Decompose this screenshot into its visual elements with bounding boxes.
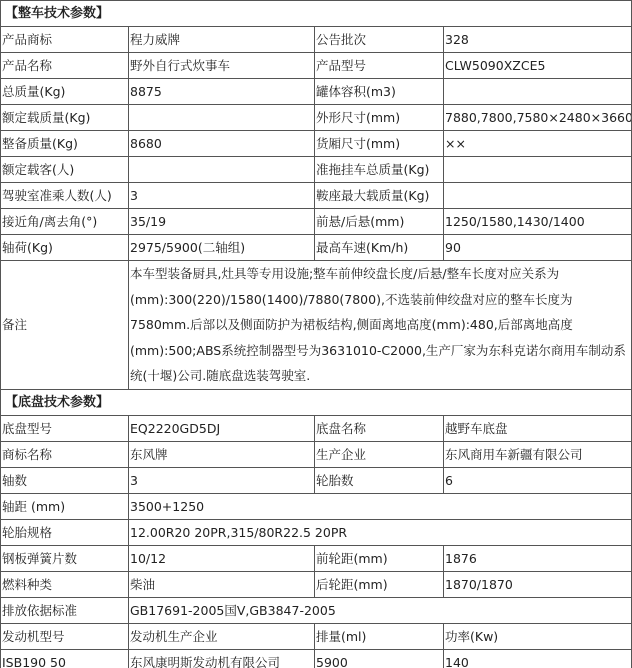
label-cell: 轴距 (mm) xyxy=(1,493,129,519)
value-cell: 东风牌 xyxy=(129,441,315,467)
engine-model: ISB190 50 xyxy=(1,649,129,668)
value-cell: 程力威牌 xyxy=(129,27,315,53)
value-cell: 7880,7800,7580×2480×3660 xyxy=(444,105,632,131)
engine-header-row: 发动机型号 发动机生产企业 排量(ml) 功率(Kw) xyxy=(1,623,632,649)
table-row: 驾驶室准乘人数(人) 3 鞍座最大载质量(Kg) xyxy=(1,183,632,209)
label-cell: 产品商标 xyxy=(1,27,129,53)
value-cell: 越野车底盘 xyxy=(444,415,632,441)
section-title: 【底盘技术参数】 xyxy=(1,389,632,415)
value-cell: 东风商用车新疆有限公司 xyxy=(444,441,632,467)
value-cell xyxy=(444,157,632,183)
table-row: 产品商标 程力威牌 公告批次 328 xyxy=(1,27,632,53)
remark-text: 本车型装备厨具,灶具等专用设施;整车前伸绞盘长度/后悬/整车长度对应关系为(mm… xyxy=(129,261,632,390)
remark-row: 备注 本车型装备厨具,灶具等专用设施;整车前伸绞盘长度/后悬/整车长度对应关系为… xyxy=(1,261,632,390)
value-cell: 328 xyxy=(444,27,632,53)
value-cell xyxy=(444,79,632,105)
label-cell: 前轮距(mm) xyxy=(315,545,444,571)
value-cell xyxy=(129,157,315,183)
table-row: 商标名称 东风牌 生产企业 东风商用车新疆有限公司 xyxy=(1,441,632,467)
label-cell: 轮胎规格 xyxy=(1,519,129,545)
value-cell: CLW5090XZCE5 xyxy=(444,53,632,79)
table-row: 整备质量(Kg) 8680 货厢尺寸(mm) ×× xyxy=(1,131,632,157)
table-row: 底盘型号 EQ2220GD5DJ 底盘名称 越野车底盘 xyxy=(1,415,632,441)
value-cell: EQ2220GD5DJ xyxy=(129,415,315,441)
value-cell: 柴油 xyxy=(129,571,315,597)
label-cell: 钢板弹簧片数 xyxy=(1,545,129,571)
label-cell: 燃料种类 xyxy=(1,571,129,597)
label-cell: 驾驶室准乘人数(人) xyxy=(1,183,129,209)
label-cell: 准拖挂车总质量(Kg) xyxy=(315,157,444,183)
value-cell: 90 xyxy=(444,235,632,261)
label-cell: 商标名称 xyxy=(1,441,129,467)
value-cell xyxy=(129,105,315,131)
section-header-chassis: 【底盘技术参数】 xyxy=(1,389,632,415)
label-cell: 货厢尺寸(mm) xyxy=(315,131,444,157)
value-cell: 2975/5900(二轴组) xyxy=(129,235,315,261)
label-cell: 底盘型号 xyxy=(1,415,129,441)
label-cell: 接近角/离去角(°) xyxy=(1,209,129,235)
label-cell: 轴数 xyxy=(1,467,129,493)
value-cell: 8680 xyxy=(129,131,315,157)
label-cell: 产品名称 xyxy=(1,53,129,79)
value-cell: 3500+1250 xyxy=(129,493,632,519)
value-cell: 野外自行式炊事车 xyxy=(129,53,315,79)
engine-maker-header: 发动机生产企业 xyxy=(129,623,315,649)
label-cell: 排放依据标准 xyxy=(1,597,129,623)
table-row-wheelbase: 轴距 (mm) 3500+1250 xyxy=(1,493,632,519)
label-cell: 额定载客(人) xyxy=(1,157,129,183)
value-cell: 6 xyxy=(444,467,632,493)
power-header: 功率(Kw) xyxy=(444,623,632,649)
label-cell: 最高车速(Km/h) xyxy=(315,235,444,261)
value-cell: 1870/1870 xyxy=(444,571,632,597)
label-cell: 产品型号 xyxy=(315,53,444,79)
label-cell: 鞍座最大载质量(Kg) xyxy=(315,183,444,209)
label-cell: 前悬/后悬(mm) xyxy=(315,209,444,235)
value-cell: 1876 xyxy=(444,545,632,571)
engine-row: ISB190 50 东风康明斯发动机有限公司 5900 140 xyxy=(1,649,632,668)
table-row: 轴荷(Kg) 2975/5900(二轴组) 最高车速(Km/h) 90 xyxy=(1,235,632,261)
remark-label: 备注 xyxy=(1,261,129,390)
value-cell: 1250/1580,1430/1400 xyxy=(444,209,632,235)
value-cell: 3 xyxy=(129,467,315,493)
engine-maker: 东风康明斯发动机有限公司 xyxy=(129,649,315,668)
value-cell: ×× xyxy=(444,131,632,157)
label-cell: 底盘名称 xyxy=(315,415,444,441)
table-row: 燃料种类 柴油 后轮距(mm) 1870/1870 xyxy=(1,571,632,597)
displacement-header: 排量(ml) xyxy=(315,623,444,649)
label-cell: 额定载质量(Kg) xyxy=(1,105,129,131)
label-cell: 轮胎数 xyxy=(315,467,444,493)
table-row: 接近角/离去角(°) 35/19 前悬/后悬(mm) 1250/1580,143… xyxy=(1,209,632,235)
table-row-tire: 轮胎规格 12.00R20 20PR,315/80R22.5 20PR xyxy=(1,519,632,545)
label-cell: 后轮距(mm) xyxy=(315,571,444,597)
value-cell: 3 xyxy=(129,183,315,209)
label-cell: 罐体容积(m3) xyxy=(315,79,444,105)
section-title: 【整车技术参数】 xyxy=(1,1,632,27)
label-cell: 生产企业 xyxy=(315,441,444,467)
label-cell: 总质量(Kg) xyxy=(1,79,129,105)
value-cell: 10/12 xyxy=(129,545,315,571)
label-cell: 外形尺寸(mm) xyxy=(315,105,444,131)
section-header-vehicle: 【整车技术参数】 xyxy=(1,1,632,27)
label-cell: 整备质量(Kg) xyxy=(1,131,129,157)
value-cell: GB17691-2005国Ⅴ,GB3847-2005 xyxy=(129,597,632,623)
value-cell xyxy=(444,183,632,209)
table-row: 产品名称 野外自行式炊事车 产品型号 CLW5090XZCE5 xyxy=(1,53,632,79)
value-cell: 35/19 xyxy=(129,209,315,235)
value-cell: 12.00R20 20PR,315/80R22.5 20PR xyxy=(129,519,632,545)
label-cell: 公告批次 xyxy=(315,27,444,53)
table-row-emission: 排放依据标准 GB17691-2005国Ⅴ,GB3847-2005 xyxy=(1,597,632,623)
value-cell: 8875 xyxy=(129,79,315,105)
table-row: 总质量(Kg) 8875 罐体容积(m3) xyxy=(1,79,632,105)
table-row: 额定载客(人) 准拖挂车总质量(Kg) xyxy=(1,157,632,183)
table-row: 钢板弹簧片数 10/12 前轮距(mm) 1876 xyxy=(1,545,632,571)
table-row: 额定载质量(Kg) 外形尺寸(mm) 7880,7800,7580×2480×3… xyxy=(1,105,632,131)
label-cell: 轴荷(Kg) xyxy=(1,235,129,261)
power: 140 xyxy=(444,649,632,668)
vehicle-spec-table: 【整车技术参数】 产品商标 程力威牌 公告批次 328 产品名称 野外自行式炊事… xyxy=(0,0,632,668)
table-row: 轴数 3 轮胎数 6 xyxy=(1,467,632,493)
displacement: 5900 xyxy=(315,649,444,668)
engine-model-header: 发动机型号 xyxy=(1,623,129,649)
